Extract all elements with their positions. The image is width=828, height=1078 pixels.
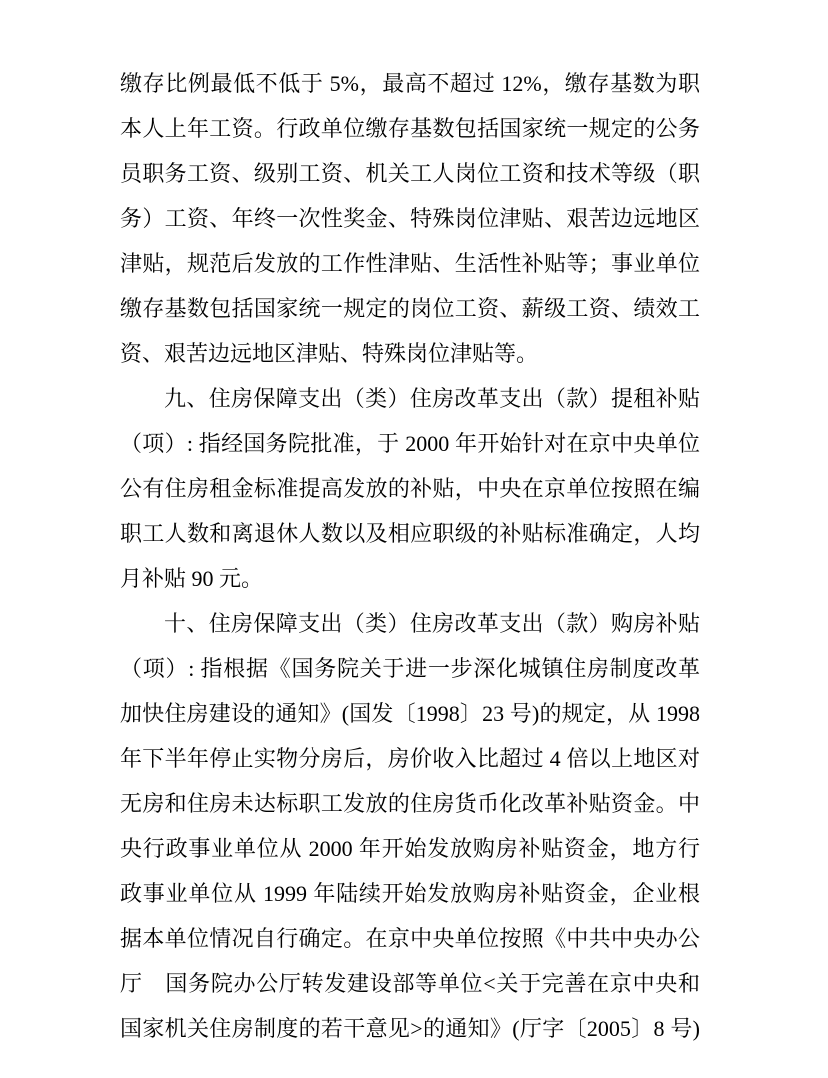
text-line: 资、艰苦边远地区津贴、特殊岗位津贴等。 [120, 331, 700, 376]
text-line: （项）: 指根据《国务院关于进一步深化城镇住房制度改革 [120, 646, 700, 691]
text-line: 缴存基数包括国家统一规定的岗位工资、薪级工资、绩效工 [120, 286, 700, 331]
text-block: 缴存比例最低不低于 5%，最高不超过 12%，缴存基数为职工本人上年工资。行政单… [120, 61, 700, 1051]
text-line: 十、住房保障支出（类）住房改革支出（款）购房补贴 [120, 601, 700, 646]
text-line: 加快住房建设的通知》(国发〔1998〕23 号)的规定，从 1998 [120, 691, 700, 736]
document-page: 缴存比例最低不低于 5%，最高不超过 12%，缴存基数为职工本人上年工资。行政单… [0, 0, 828, 1078]
text-line: 据本单位情况自行确定。在京中央单位按照《中共中央办公 [120, 916, 700, 961]
text-line: 津贴，规范后发放的工作性津贴、生活性补贴等；事业单位 [120, 241, 700, 286]
text-line: 员职务工资、级别工资、机关工人岗位工资和技术等级（职 [120, 151, 700, 196]
text-line: 年下半年停止实物分房后，房价收入比超过 4 倍以上地区对 [120, 736, 700, 781]
text-line: （项）: 指经国务院批准，于 2000 年开始针对在京中央单位 [120, 421, 700, 466]
text-line: 职工人数和离退休人数以及相应职级的补贴标准确定，人均 [120, 511, 700, 556]
text-line: 本人上年工资。行政单位缴存基数包括国家统一规定的公务 [120, 106, 700, 151]
text-line: 厅 国务院办公厅转发建设部等单位<关于完善在京中央和 [120, 961, 700, 1006]
text-line: 央行政事业单位从 2000 年开始发放购房补贴资金，地方行 [120, 826, 700, 871]
text-line: 国家机关住房制度的若干意见>的通知》(厅字〔2005〕8 号) [120, 1006, 700, 1051]
text-line: 公有住房租金标准提高发放的补贴，中央在京单位按照在编 [120, 466, 700, 511]
text-line: 缴存比例最低不低于 5%，最高不超过 12%，缴存基数为职工 [120, 61, 700, 106]
text-line: 九、住房保障支出（类）住房改革支出（款）提租补贴 [120, 376, 700, 421]
text-line: 月补贴 90 元。 [120, 556, 700, 601]
text-line: 政事业单位从 1999 年陆续开始发放购房补贴资金，企业根 [120, 871, 700, 916]
text-line: 务）工资、年终一次性奖金、特殊岗位津贴、艰苦边远地区 [120, 196, 700, 241]
text-line: 无房和住房未达标职工发放的住房货币化改革补贴资金。中 [120, 781, 700, 826]
